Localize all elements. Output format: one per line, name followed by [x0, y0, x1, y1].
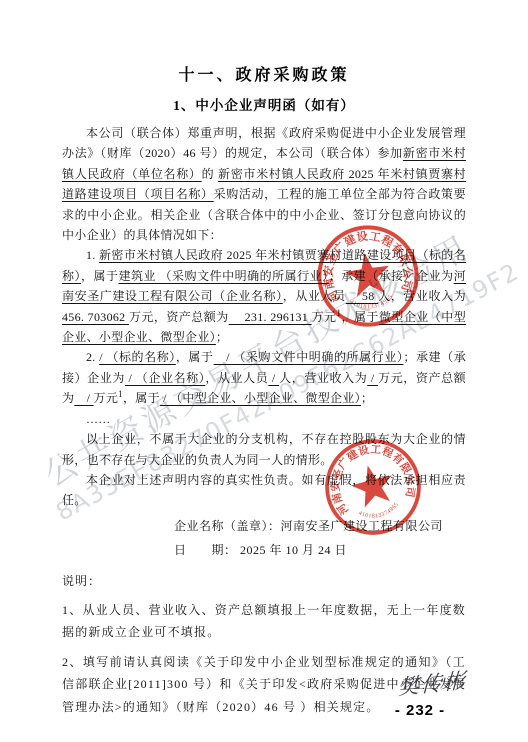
- svg-text:4101813374965: 4101813374965: [356, 501, 402, 524]
- paragraph: 2. / （标的名称），属于 / （采购文件中明确的所属行业）；承建（承接）企业…: [62, 347, 466, 408]
- star-icon: [343, 250, 393, 298]
- notes-label: 说明：: [62, 570, 466, 592]
- date-line: 日 期： 2025 年 10 月 24 日: [174, 538, 466, 562]
- svg-text:4101813374965: 4101813374965: [348, 293, 396, 314]
- document-body: 十一、政府采购政策 1、中小企业声明函（如有） 本公司（联合体）郑重声明，根据《…: [0, 0, 528, 718]
- page-title: 十一、政府采购政策: [62, 62, 466, 85]
- note-item: 1、从业人员、营业收入、资产总额填报上一年度数据，无上一年度数据的新成立企业可不…: [62, 599, 466, 644]
- star-icon: [347, 460, 397, 509]
- page-number: - 232 -: [384, 702, 456, 719]
- section-subtitle: 1、中小企业声明函（如有）: [62, 94, 466, 114]
- document-page: 公共资源交易平台技术核验用 8A33EE83270F42A09F62C62AE4…: [0, 0, 528, 742]
- seal-serial-text: 4101813374965: [348, 293, 396, 314]
- seal-serial-text: 4101813374965: [356, 501, 402, 524]
- company-seal-icon: 河南安圣广建设工程有限公司 4101813374965: [307, 215, 429, 337]
